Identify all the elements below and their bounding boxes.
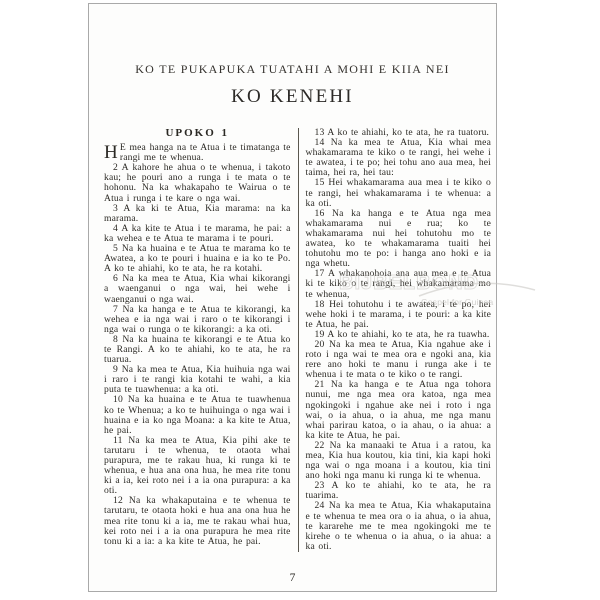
verse-22: 22 Na ka manaaki te Atua i a ratou, ka m…	[306, 441, 492, 481]
book-title: KO KENEHI	[89, 86, 496, 108]
left-column: UPOKO 1 HE mea hanga na te Atua i te tim…	[104, 128, 298, 552]
chapter-heading: UPOKO 1	[104, 128, 291, 138]
verse-21: 21 Na ka hanga e te Atua nga tohora nunu…	[306, 380, 492, 441]
verse-8: 8 Na ka huaina te kikorangi e te Atua ko…	[104, 335, 291, 365]
verse-1-text: E mea hanga na te Atua i te timatanga te…	[120, 142, 291, 163]
verse-14: 14 Na ka mea te Atua, Kia whai mea whaka…	[306, 138, 492, 178]
verse-6: 6 Na ka mea te Atua, Kia whai kikorangi …	[104, 274, 291, 304]
verse-24: 24 Na ka mea te Atua, Kia whakaputaina e…	[306, 501, 492, 551]
page-number: 7	[89, 572, 496, 584]
verse-4: 4 A ka kite te Atua i te marama, he pai:…	[104, 224, 291, 244]
right-column: 13 A ko te ahiahi, ko te ata, he ra tuat…	[298, 128, 492, 552]
verse-10: 10 Na ka huaina e te Atua te tuawhenua k…	[104, 395, 291, 435]
verse-12: 12 Na ka whakaputaina e te whenua te tar…	[104, 496, 291, 546]
verse-3: 3 A ka ki te Atua, Kia marama: na ka mar…	[104, 204, 291, 224]
drop-cap: H	[104, 143, 120, 162]
series-title: KO TE PUKAPUKA TUATAHI A MOHI E KIIA NEI	[89, 62, 496, 77]
verse-18: 18 Hei tohutohu i te awatea, i te po, he…	[306, 300, 492, 330]
verse-23: 23 A ko te ahiahi, ko te ata, he ra tuar…	[306, 481, 492, 501]
verse-11: 11 Na ka mea te Atua, Kia pihi ake te ta…	[104, 436, 291, 497]
verse-17: 17 A whakanohoia ana aua mea e te Atua k…	[306, 269, 492, 299]
verse-1: HE mea hanga na te Atua i te timatanga t…	[104, 143, 291, 163]
verse-16: 16 Na ka hanga e te Atua nga mea whakama…	[306, 209, 492, 270]
verse-15: 15 Hei whakamarama aua mea i te kiko o t…	[306, 178, 492, 208]
verse-20: 20 Na ka mea te Atua, Kia ngahue ake i r…	[306, 340, 492, 380]
verse-2: 2 A kahore he ahua o te whenua, i takoto…	[104, 163, 291, 203]
text-columns: UPOKO 1 HE mea hanga na te Atua i te tim…	[104, 128, 491, 552]
verse-5: 5 Na ka huaina e te Atua te marama ko te…	[104, 244, 291, 274]
verse-9: 9 Na ka mea te Atua, Kia huihuia nga wai…	[104, 365, 291, 395]
scanned-book-page: KO TE PUKAPUKA TUATAHI A MOHI E KIIA NEI…	[88, 3, 497, 592]
verse-7: 7 Na ka hanga e te Atua te kikorangi, ka…	[104, 305, 291, 335]
